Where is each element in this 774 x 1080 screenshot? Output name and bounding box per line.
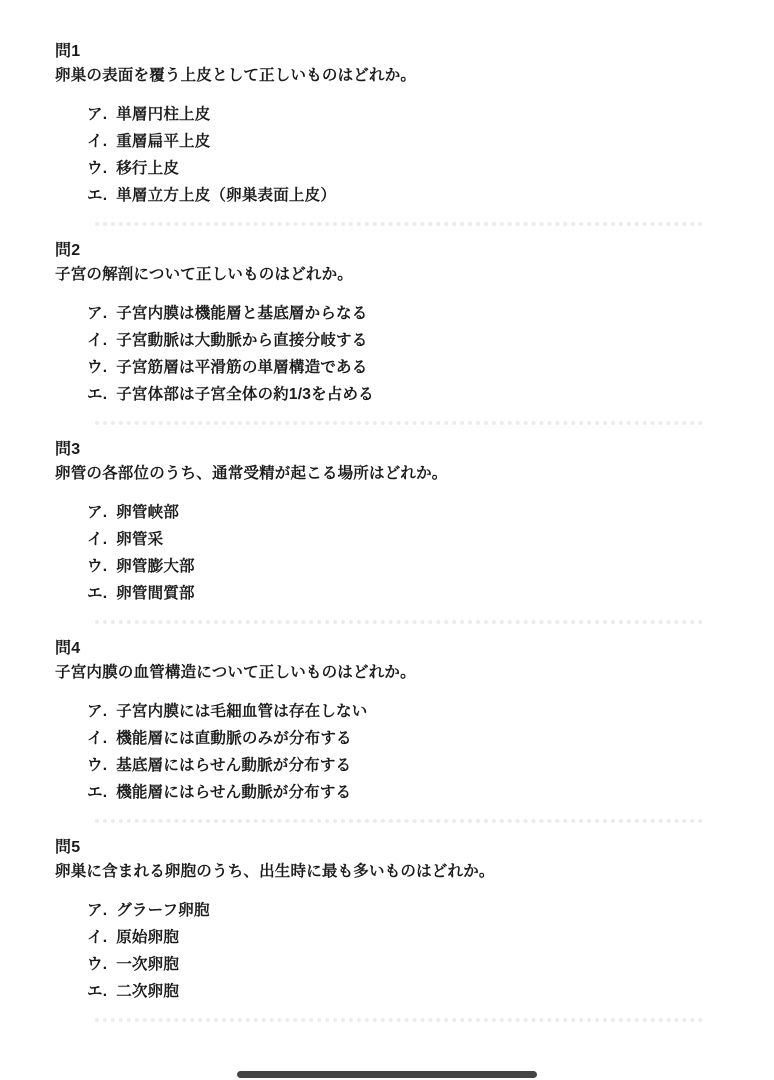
option-marker: イ. [87,332,107,350]
question-text: 卵巣に含まれる卵胞のうち、出生時に最も多いものはどれか。 [55,860,744,884]
option-text: 重層扁平上皮 [116,133,210,151]
option-item: ウ. 基底層にはらせん動脈が分布する [87,757,744,775]
option-text: 卵管峡部 [116,504,179,522]
option-item: ア. 子宮内膜は機能層と基底層からなる [87,305,744,323]
option-text: 一次卵胞 [116,956,179,974]
option-text: 基底層にはらせん動脈が分布する [116,757,351,775]
option-text: 子宮内膜は機能層と基底層からなる [116,305,367,323]
question-number: 問2 [55,239,744,263]
quiz-page: 問1 卵巣の表面を覆う上皮として正しいものはどれか。 ア. 単層円柱上皮 イ. … [0,0,774,1022]
section-divider [95,222,703,226]
options-list: ア. 子宮内膜には毛細血管は存在しない イ. 機能層には直動脈のみが分布する ウ… [87,703,744,802]
question-number: 問5 [55,836,744,860]
option-text: 単層立方上皮（卵巣表面上皮） [116,187,336,205]
option-item: エ. 卵管間質部 [87,585,744,603]
option-marker: イ. [87,929,107,947]
question-number: 問4 [55,637,744,661]
option-marker: エ. [87,983,107,1001]
option-item: イ. 原始卵胞 [87,929,744,947]
option-text: 子宮筋層は平滑筋の単層構造である [116,359,367,377]
question-block: 問1 卵巣の表面を覆う上皮として正しいものはどれか。 ア. 単層円柱上皮 イ. … [55,40,744,226]
option-text: 原始卵胞 [116,929,179,947]
option-item: エ. 機能層にはらせん動脈が分布する [87,784,744,802]
option-marker: ウ. [87,558,107,576]
section-divider [95,1018,703,1022]
questions-container: 問1 卵巣の表面を覆う上皮として正しいものはどれか。 ア. 単層円柱上皮 イ. … [55,40,744,1022]
option-marker: イ. [87,133,107,151]
option-marker: ア. [87,305,107,323]
home-indicator[interactable] [237,1071,537,1078]
option-text: 卵管間質部 [116,585,195,603]
option-marker: ア. [87,902,107,920]
option-marker: エ. [87,187,107,205]
option-item: イ. 卵管采 [87,531,744,549]
option-text: 二次卵胞 [116,983,179,1001]
question-text: 卵巣の表面を覆う上皮として正しいものはどれか。 [55,64,744,88]
option-marker: ウ. [87,956,107,974]
option-marker: ア. [87,106,107,124]
option-marker: ウ. [87,757,107,775]
option-item: ウ. 卵管膨大部 [87,558,744,576]
option-item: ウ. 一次卵胞 [87,956,744,974]
option-item: ア. グラーフ卵胞 [87,902,744,920]
option-item: ア. 子宮内膜には毛細血管は存在しない [87,703,744,721]
option-marker: エ. [87,585,107,603]
option-marker: ウ. [87,160,107,178]
question-text: 子宮内膜の血管構造について正しいものはどれか。 [55,661,744,685]
option-item: イ. 子宮動脈は大動脈から直接分岐する [87,332,744,350]
option-text: 機能層には直動脈のみが分布する [116,730,352,748]
option-text: 卵管采 [116,531,163,549]
options-list: ア. グラーフ卵胞 イ. 原始卵胞 ウ. 一次卵胞 エ. 二次卵胞 [87,902,744,1001]
option-item: エ. 単層立方上皮（卵巣表面上皮） [87,187,744,205]
option-text: グラーフ卵胞 [116,902,209,920]
question-block: 問4 子宮内膜の血管構造について正しいものはどれか。 ア. 子宮内膜には毛細血管… [55,637,744,823]
question-text: 子宮の解剖について正しいものはどれか。 [55,263,744,287]
option-marker: ア. [87,504,107,522]
option-item: ウ. 子宮筋層は平滑筋の単層構造である [87,359,744,377]
option-item: ア. 卵管峡部 [87,504,744,522]
option-marker: イ. [87,531,107,549]
section-divider [95,620,703,624]
question-block: 問5 卵巣に含まれる卵胞のうち、出生時に最も多いものはどれか。 ア. グラーフ卵… [55,836,744,1022]
option-text: 子宮体部は子宮全体の約1/3を占める [116,386,374,404]
option-item: エ. 子宮体部は子宮全体の約1/3を占める [87,386,744,404]
option-item: ア. 単層円柱上皮 [87,106,744,124]
option-item: ウ. 移行上皮 [87,160,744,178]
question-text: 卵管の各部位のうち、通常受精が起こる場所はどれか。 [55,462,744,486]
option-item: イ. 機能層には直動脈のみが分布する [87,730,744,748]
option-text: 移行上皮 [116,160,179,178]
options-list: ア. 単層円柱上皮 イ. 重層扁平上皮 ウ. 移行上皮 エ. 単層立方上皮（卵巣… [87,106,744,205]
options-list: ア. 子宮内膜は機能層と基底層からなる イ. 子宮動脈は大動脈から直接分岐する … [87,305,744,404]
option-text: 機能層にはらせん動脈が分布する [116,784,351,802]
option-item: イ. 重層扁平上皮 [87,133,744,151]
options-list: ア. 卵管峡部 イ. 卵管采 ウ. 卵管膨大部 エ. 卵管間質部 [87,504,744,603]
section-divider [95,819,703,823]
question-number: 問1 [55,40,744,64]
option-marker: ア. [87,703,107,721]
option-marker: イ. [87,730,107,748]
question-block: 問2 子宮の解剖について正しいものはどれか。 ア. 子宮内膜は機能層と基底層から… [55,239,744,425]
question-number: 問3 [55,438,744,462]
option-text: 子宮内膜には毛細血管は存在しない [116,703,367,721]
option-text: 子宮動脈は大動脈から直接分岐する [116,332,367,350]
option-item: エ. 二次卵胞 [87,983,744,1001]
option-text: 卵管膨大部 [116,558,195,576]
option-text: 単層円柱上皮 [116,106,210,124]
option-marker: ウ. [87,359,107,377]
option-marker: エ. [87,784,107,802]
option-marker: エ. [87,386,107,404]
question-block: 問3 卵管の各部位のうち、通常受精が起こる場所はどれか。 ア. 卵管峡部 イ. … [55,438,744,624]
section-divider [95,421,703,425]
